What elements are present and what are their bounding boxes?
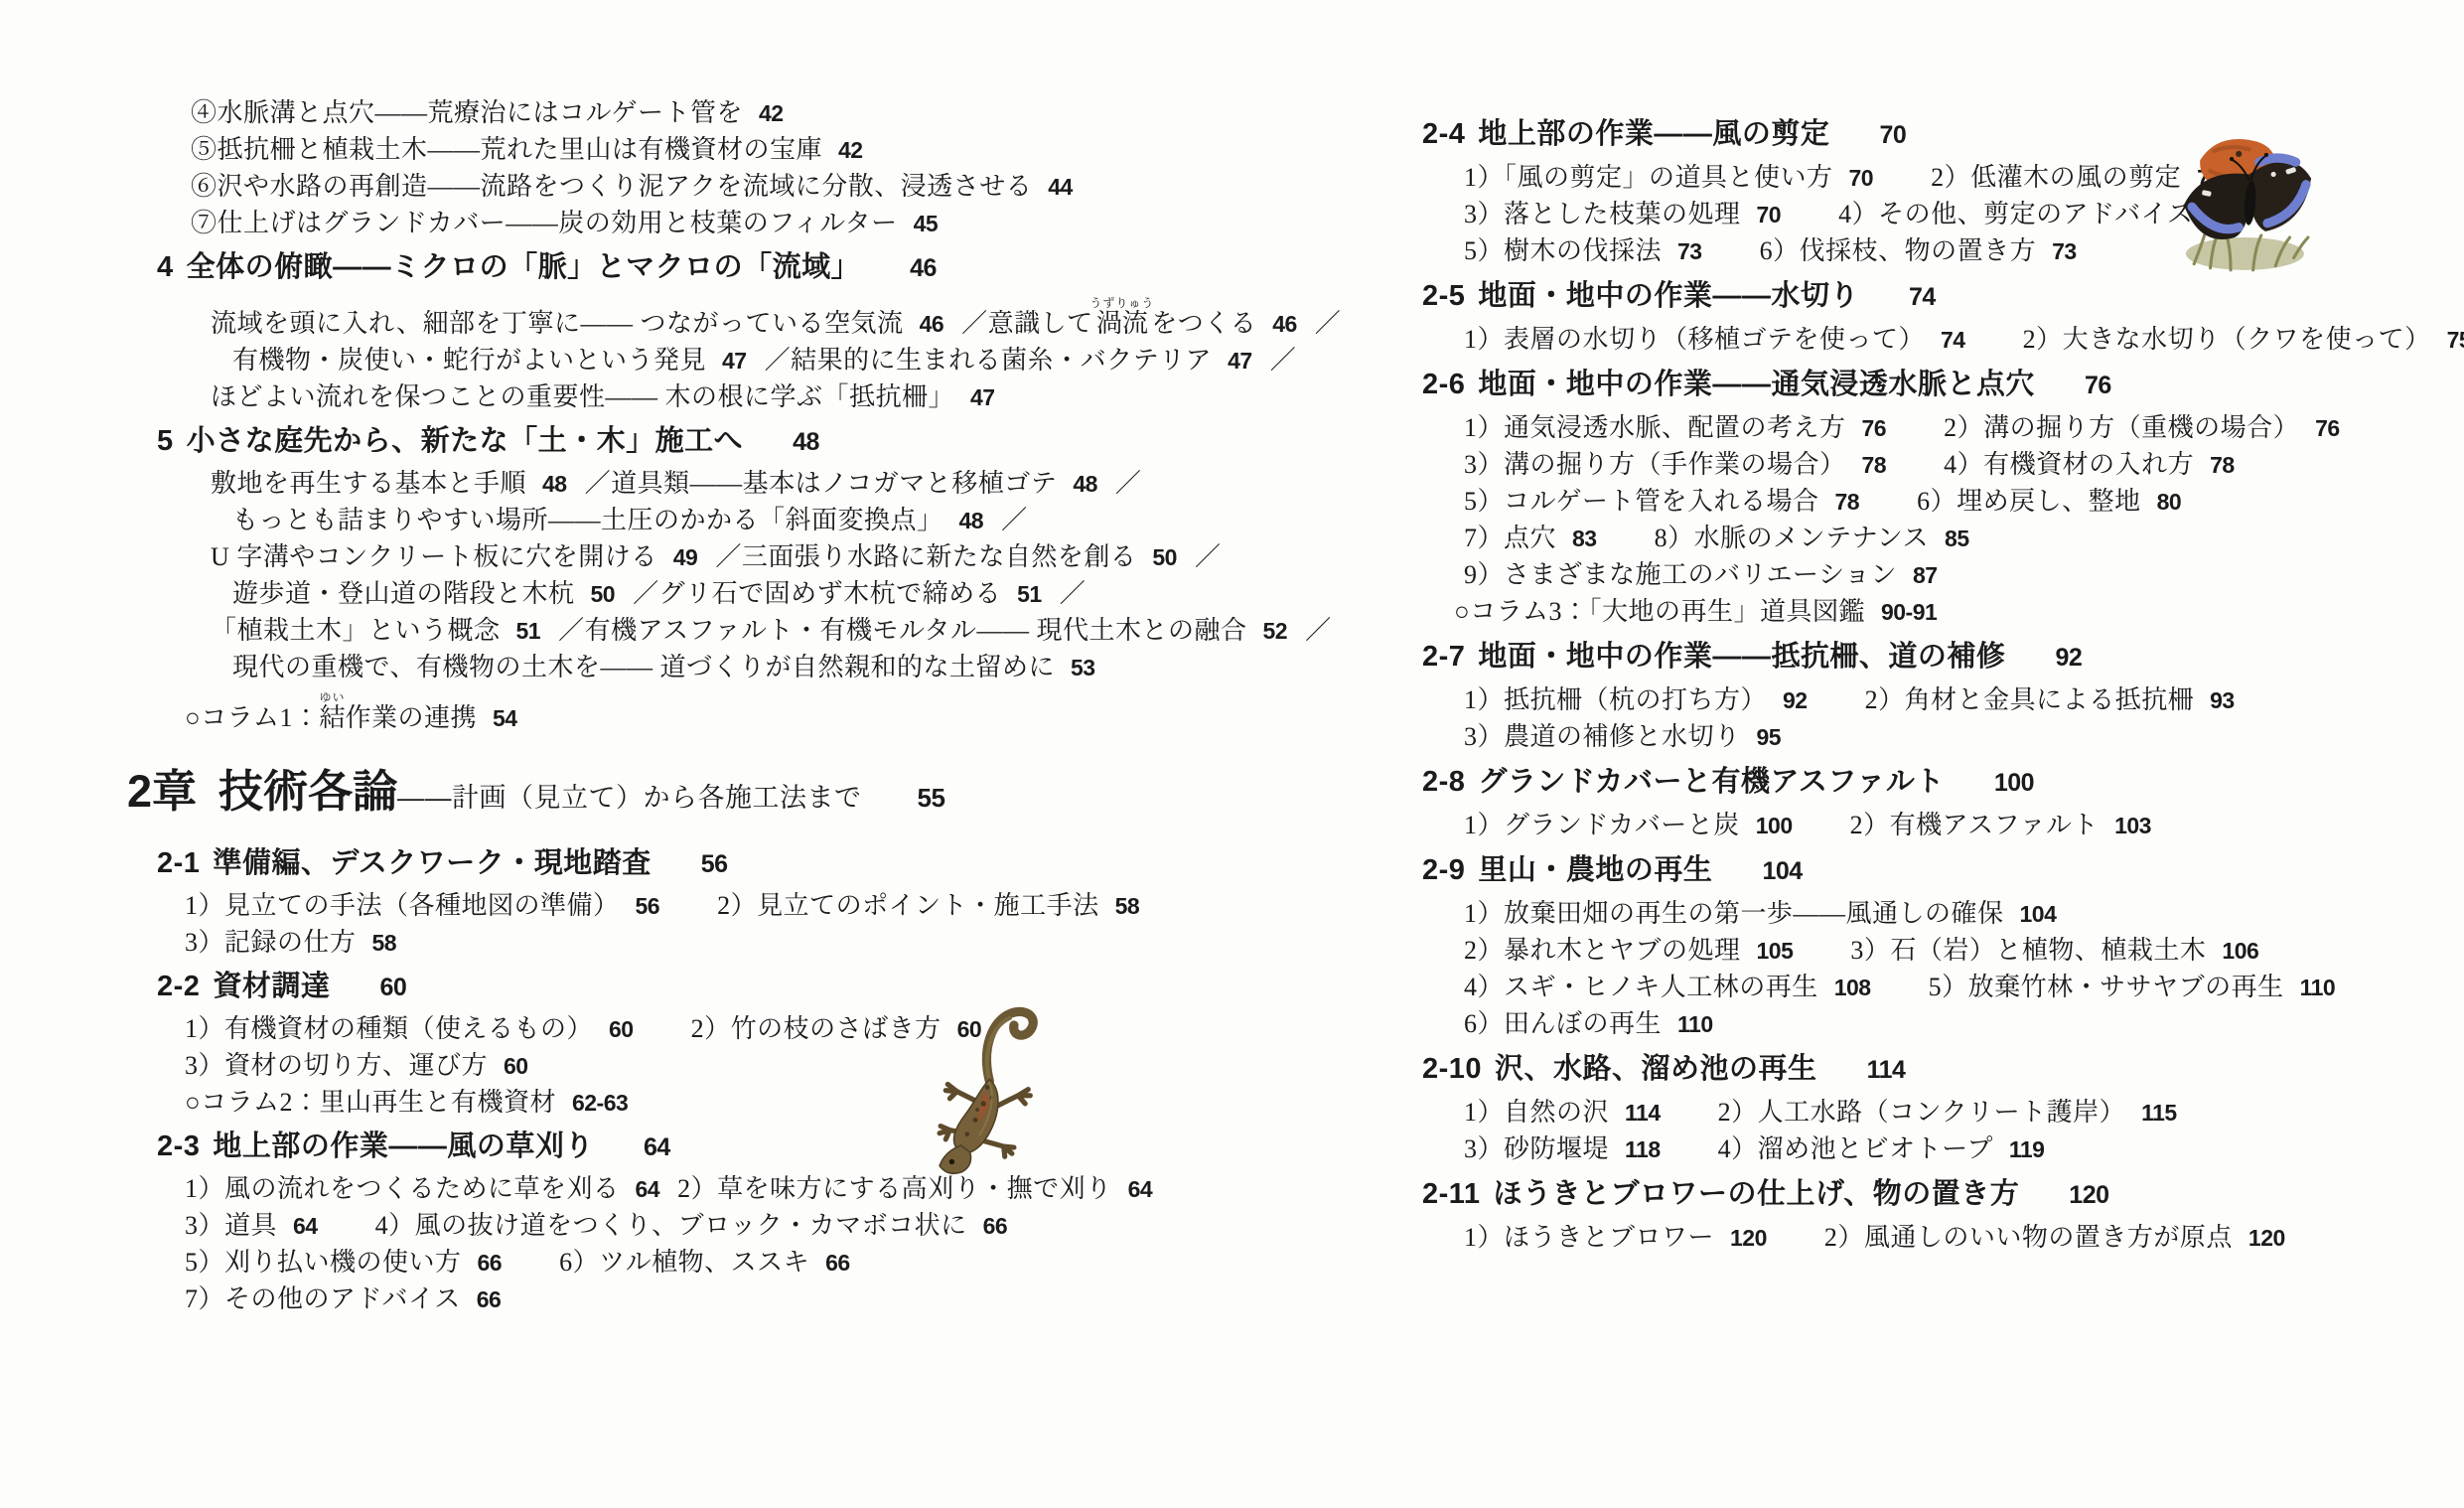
section-title: ほうきとブロワーの仕上げ、物の置き方 bbox=[1493, 1178, 2019, 1210]
entry-text: 4）溜め池とビオトープ bbox=[1718, 1134, 1993, 1163]
right-page-column: 2-4地上部の作業——風の剪定701）「風の剪定」の道具と使い方702）低灌木の… bbox=[1422, 103, 2435, 1261]
toc-entry: 有機物・炭使い・蛇行がよいという発見47／結果的に生まれる菌糸・バクテリア47／ bbox=[232, 347, 1299, 375]
entry-text: U 字溝やコンクリート板に穴を開ける bbox=[211, 542, 657, 571]
page-number: 73 bbox=[2052, 238, 2077, 264]
page-number: 66 bbox=[477, 1286, 502, 1312]
toc-entry: 1）有機資材の種類（使えるもの）602）竹の枝のさばき方60 bbox=[185, 1015, 1299, 1043]
entry-text: 5）刈り払い機の使い方 bbox=[185, 1248, 462, 1277]
entry-text: 2）低灌木の風の剪定 bbox=[1931, 163, 2181, 192]
page-number: 76 bbox=[1862, 415, 1887, 441]
entry-text: 3）砂防堰堤 bbox=[1464, 1134, 1609, 1163]
entry-text: 4）風の抜け道をつくり、ブロック・カマボコ状に bbox=[375, 1211, 967, 1240]
page-number: 55 bbox=[918, 783, 945, 813]
page-number: 80 bbox=[2157, 489, 2182, 515]
toc-entry: 現代の重機で、有機物の土木を—— 道づくりが自然親和的な土留めに53 bbox=[232, 654, 1299, 681]
page-number: 60 bbox=[504, 1053, 528, 1079]
toc-entry: 1）グランドカバーと炭1002）有機アスファルト103 bbox=[1464, 812, 2435, 839]
toc-entry: ⑤抵抗柵と植栽土木——荒れた里山は有機資材の宝庫42 bbox=[191, 136, 1299, 164]
section-title: 地面・地中の作業——水切り bbox=[1478, 280, 1859, 312]
entry-text: 7）点穴 bbox=[1464, 524, 1556, 552]
toc-section-heading: 5小さな庭先から、新たな「土・木」施工へ48 bbox=[157, 425, 1299, 458]
entry-text: ／ bbox=[1195, 542, 1222, 571]
toc-section-heading: 2-5地面・地中の作業——水切り74 bbox=[1422, 280, 2435, 313]
entry-text: 1）放棄田畑の再生の第一歩——風通しの確保 bbox=[1464, 899, 2004, 928]
page-number: 58 bbox=[1115, 893, 1140, 919]
page-number: 93 bbox=[2210, 687, 2235, 713]
toc-section-heading: 2-7地面・地中の作業——抵抗柵、道の補修92 bbox=[1422, 641, 2435, 674]
entry-text: 1）自然の沢 bbox=[1464, 1098, 1609, 1127]
butterfly-illustration bbox=[2171, 115, 2325, 276]
page-number: 64 bbox=[293, 1213, 318, 1239]
entry-text: 2）有機アスファルト bbox=[1850, 811, 2099, 839]
section-title: 地面・地中の作業——抵抗柵、道の補修 bbox=[1478, 641, 2005, 673]
page-number: 48 bbox=[793, 428, 819, 456]
page-number: 73 bbox=[1677, 238, 1702, 264]
entry-text: 1）表層の水切り（移植ゴテを使って） bbox=[1464, 325, 1925, 354]
entry-text: 遊歩道・登山道の階段と木杭 bbox=[232, 579, 575, 608]
page-number: 53 bbox=[1071, 655, 1095, 680]
page-number: 60 bbox=[379, 974, 406, 1001]
toc-entry: 3）溝の掘り方（手作業の場合）784）有機資材の入れ方78 bbox=[1464, 451, 2435, 479]
section-title: 沢、水路、溜め池の再生 bbox=[1495, 1053, 1817, 1085]
section-number: 2-7 bbox=[1422, 641, 1465, 673]
entry-text: 7）その他のアドバイス bbox=[185, 1284, 461, 1313]
page-number: 74 bbox=[1909, 283, 1936, 311]
entry-text: 1）抵抗柵（杭の打ち方） bbox=[1464, 685, 1767, 714]
toc-section-heading: 2-11ほうきとブロワーの仕上げ、物の置き方120 bbox=[1422, 1178, 2435, 1211]
entry-text: 2）人工水路（コンクリート護岸） bbox=[1718, 1098, 2125, 1127]
toc-entry: 7）点穴838）水脈のメンテナンス85 bbox=[1464, 525, 2435, 552]
entry-text: 6）伐採枝、物の置き方 bbox=[1760, 236, 2037, 265]
toc-entry: 9）さまざまな施工のバリエーション87 bbox=[1464, 561, 2435, 589]
section-title: 里山・農地の再生 bbox=[1478, 854, 1712, 886]
toc-entry: 1）通気浸透水脈、配置の考え方762）溝の掘り方（重機の場合）76 bbox=[1464, 414, 2435, 442]
entry-text: ／道具類——基本はノコガマと移植ゴテ bbox=[585, 469, 1058, 498]
page-number: 92 bbox=[1783, 687, 1808, 713]
toc-entry: 3）資材の切り方、運び方60 bbox=[185, 1052, 1299, 1080]
page-number: 66 bbox=[478, 1250, 503, 1276]
page-number: 120 bbox=[2248, 1225, 2285, 1251]
toc-entry: ○コラム2：里山再生と有機資材62-63 bbox=[185, 1089, 1299, 1117]
entry-text: 1）「風の剪定」の道具と使い方 bbox=[1464, 163, 1833, 192]
entry-text: ⑦仕上げはグランドカバー——炭の効用と枝葉のフィルター bbox=[191, 209, 898, 237]
page-number: 62-63 bbox=[572, 1090, 628, 1116]
page-number: 64 bbox=[636, 1176, 660, 1202]
page-number: 51 bbox=[516, 618, 541, 644]
lizard-illustration bbox=[924, 985, 1068, 1184]
entry-text: 1）風の流れをつくるために草を刈る bbox=[185, 1174, 620, 1203]
entry-text: ／結果的に生まれる菌糸・バクテリア bbox=[765, 346, 1213, 375]
toc-chapter-heading: 2章技術各論——計画（見立て）から各施工法まで55 bbox=[127, 766, 1299, 824]
page-number: 70 bbox=[1849, 165, 1874, 191]
page-number: 48 bbox=[542, 471, 567, 497]
ruby-annotated-text: 渦流うずりゅう bbox=[1093, 309, 1152, 338]
section-number: 2-3 bbox=[157, 1131, 200, 1162]
entry-text: 「植栽土木」という概念 bbox=[211, 616, 501, 645]
page-number: 103 bbox=[2114, 813, 2151, 838]
page-number: 48 bbox=[959, 508, 984, 533]
toc-section-heading: 4全体の俯瞰——ミクロの「脈」とマクロの「流域」46 bbox=[157, 251, 1299, 284]
toc-entry: 7）その他のアドバイス66 bbox=[185, 1285, 1299, 1313]
entry-text: 3）落とした枝葉の処理 bbox=[1464, 200, 1741, 228]
entry-text: ○コラム3：「大地の再生」道具図鑑 bbox=[1454, 597, 1865, 626]
toc-entry: 5）刈り払い機の使い方666）ツル植物、ススキ66 bbox=[185, 1249, 1299, 1277]
entry-text: ほどよい流れを保つことの重要性—— 木の根に学ぶ「抵抗柵」 bbox=[211, 382, 954, 411]
toc-entry: もっとも詰まりやすい場所——土圧のかかる「斜面変換点」48／ bbox=[232, 507, 1299, 534]
entry-text: ○コラム2：里山再生と有機資材 bbox=[185, 1088, 556, 1117]
entry-text: 3）石（岩）と植物、植栽土木 bbox=[1850, 936, 2206, 965]
page-number: 76 bbox=[2315, 415, 2340, 441]
lizard-icon bbox=[924, 985, 1068, 1184]
page-number: 118 bbox=[1625, 1136, 1661, 1162]
page-number: 48 bbox=[1073, 471, 1097, 497]
toc-entry: 「植栽土木」という概念51／有機アスファルト・有機モルタル—— 現代土木との融合… bbox=[211, 617, 1299, 645]
entry-text: 流域を頭に入れ、細部を丁寧に—— つながっている空気流 bbox=[211, 309, 904, 338]
page-number: 66 bbox=[825, 1250, 850, 1276]
page-number: 110 bbox=[2300, 975, 2336, 1000]
page-number: 51 bbox=[1017, 581, 1042, 607]
entry-text: 現代の重機で、有機物の土木を—— 道づくりが自然親和的な土留めに bbox=[232, 653, 1055, 681]
toc-entry: 3）記録の仕方58 bbox=[185, 929, 1299, 957]
entry-text: 2）竹の枝のさばき方 bbox=[691, 1014, 942, 1043]
page-number: 60 bbox=[609, 1016, 634, 1042]
toc-entry: ○コラム3：「大地の再生」道具図鑑90-91 bbox=[1454, 598, 2435, 626]
entry-text: 5）樹木の伐採法 bbox=[1464, 236, 1662, 265]
entry-text: 1）ほうきとブロワー bbox=[1464, 1223, 1714, 1252]
entry-text: 5）コルゲート管を入れる場合 bbox=[1464, 487, 1818, 516]
entry-text: 4）その他、剪定のアドバイス bbox=[1838, 200, 2193, 228]
toc-section-heading: 2-1準備編、デスクワーク・現地踏査56 bbox=[157, 847, 1299, 880]
page-number: 85 bbox=[1945, 526, 1969, 551]
section-number: 2-1 bbox=[157, 847, 200, 879]
entry-text: ○コラム1： bbox=[185, 703, 319, 732]
page-number: 64 bbox=[644, 1133, 670, 1161]
entry-text: ／ bbox=[1115, 469, 1142, 498]
entry-text: ／有機アスファルト・有機モルタル—— 現代土木との融合 bbox=[558, 616, 1246, 645]
section-number: 2-11 bbox=[1422, 1178, 1480, 1210]
entry-text: ／意識して bbox=[961, 309, 1093, 338]
page-number: 52 bbox=[1263, 618, 1288, 644]
toc-entry: ④水脈溝と点穴——荒療治にはコルゲート管を42 bbox=[191, 99, 1299, 127]
section-title: 全体の俯瞰——ミクロの「脈」とマクロの「流域」 bbox=[187, 251, 861, 283]
page-number: 44 bbox=[1048, 174, 1073, 200]
page-number: 90-91 bbox=[1881, 599, 1937, 625]
entry-text: 9）さまざまな施工のバリエーション bbox=[1464, 560, 1897, 589]
page-number: 114 bbox=[1867, 1056, 1906, 1084]
entry-text: 3）道具 bbox=[185, 1211, 277, 1240]
toc-entry: 敷地を再生する基本と手順48／道具類——基本はノコガマと移植ゴテ48／ bbox=[211, 470, 1299, 498]
toc-entry: 1）自然の沢1142）人工水路（コンクリート護岸）115 bbox=[1464, 1099, 2435, 1127]
page-number: 45 bbox=[914, 211, 939, 236]
entry-text: 2）大きな水切り（クワを使って） bbox=[2023, 325, 2431, 354]
section-title: 小さな庭先から、新たな「土・木」施工へ bbox=[187, 425, 744, 457]
toc-entry: 1）風の流れをつくるために草を刈る642）草を味方にする高刈り・撫で刈り64 bbox=[185, 1175, 1299, 1203]
page-number: 78 bbox=[2210, 452, 2235, 478]
entry-text: ⑥沢や水路の再創造——流路をつくり泥アクを流域に分散、浸透させる bbox=[191, 172, 1032, 201]
page-number: 114 bbox=[1625, 1100, 1661, 1126]
section-title: 資材調達 bbox=[213, 971, 330, 1002]
toc-section-heading: 2-9里山・農地の再生104 bbox=[1422, 854, 2435, 887]
page-number: 50 bbox=[591, 581, 616, 607]
toc-entry: 1）見立ての手法（各種地図の準備）562）見立てのポイント・施工手法58 bbox=[185, 892, 1299, 920]
toc-section-heading: 2-3地上部の作業——風の草刈り64 bbox=[157, 1131, 1299, 1163]
page-number: 42 bbox=[838, 137, 863, 163]
entry-text: ／ bbox=[1305, 616, 1332, 645]
page-number: 46 bbox=[910, 254, 937, 282]
page-number: 64 bbox=[1128, 1176, 1153, 1202]
entry-text: 1）通気浸透水脈、配置の考え方 bbox=[1464, 413, 1846, 442]
entry-text: 6）田んぼの再生 bbox=[1464, 1009, 1662, 1038]
page-number: 92 bbox=[2055, 644, 2082, 672]
toc-section-heading: 2-6地面・地中の作業——通気浸透水脈と点穴76 bbox=[1422, 369, 2435, 401]
entry-text: 2）風通しのいい物の置き方が原点 bbox=[1824, 1223, 2233, 1252]
entry-text: 4）有機資材の入れ方 bbox=[1944, 450, 2194, 479]
page-number: 74 bbox=[1941, 327, 1965, 353]
entry-text: 3）資材の切り方、運び方 bbox=[185, 1051, 488, 1080]
toc-entry: 3）農道の補修と水切り95 bbox=[1464, 723, 2435, 751]
page-number: 70 bbox=[1757, 202, 1782, 227]
entry-text: 1）見立ての手法（各種地図の準備） bbox=[185, 891, 620, 920]
entry-text: 3）記録の仕方 bbox=[185, 928, 357, 957]
toc-entry: ⑦仕上げはグランドカバー——炭の効用と枝葉のフィルター45 bbox=[191, 210, 1299, 237]
toc-entry: 2）暴れ木とヤブの処理1053）石（岩）と植物、植栽土木106 bbox=[1464, 937, 2435, 965]
page-number: 108 bbox=[1834, 975, 1871, 1000]
entry-text: 4）スギ・ヒノキ人工林の再生 bbox=[1464, 973, 1818, 1001]
entry-text: ／三面張り水路に新たな自然を創る bbox=[715, 542, 1136, 571]
entry-text: 8）水脈のメンテナンス bbox=[1655, 524, 1929, 552]
page-number: 120 bbox=[2069, 1181, 2108, 1209]
toc-entry: 1）放棄田畑の再生の第一歩——風通しの確保104 bbox=[1464, 900, 2435, 928]
entry-text: ／グリ石で固めず木杭で締める bbox=[633, 579, 1001, 608]
entry-text: ／ bbox=[1315, 309, 1342, 338]
book-toc-spread: ④水脈溝と点穴——荒療治にはコルゲート管を42⑤抵抗柵と植栽土木——荒れた里山は… bbox=[0, 0, 2464, 1508]
entry-text: 3）溝の掘り方（手作業の場合） bbox=[1464, 450, 1846, 479]
toc-entry: 1）抵抗柵（杭の打ち方）922）角材と金具による抵抗柵93 bbox=[1464, 686, 2435, 714]
section-title: グランドカバーと有機アスファルト bbox=[1478, 766, 1944, 798]
page-number: 46 bbox=[920, 311, 944, 337]
section-title: 地上部の作業——風の草刈り bbox=[213, 1131, 594, 1162]
entry-text: 1）有機資材の種類（使えるもの） bbox=[185, 1014, 593, 1043]
entry-text: ／ bbox=[1060, 579, 1087, 608]
entry-text: 2）暴れ木とヤブの処理 bbox=[1464, 936, 1741, 965]
entry-text: 1）グランドカバーと炭 bbox=[1464, 811, 1740, 839]
toc-entry: ⑥沢や水路の再創造——流路をつくり泥アクを流域に分散、浸透させる44 bbox=[191, 173, 1299, 201]
toc-entry: U 字溝やコンクリート板に穴を開ける49／三面張り水路に新たな自然を創る50／ bbox=[211, 543, 1299, 571]
entry-text: ／ bbox=[1001, 506, 1028, 534]
section-number: 2-10 bbox=[1422, 1053, 1482, 1085]
toc-section-heading: 2-10沢、水路、溜め池の再生114 bbox=[1422, 1053, 2435, 1086]
toc-entry: 4）スギ・ヒノキ人工林の再生1085）放棄竹林・ササヤブの再生110 bbox=[1464, 974, 2435, 1001]
page-number: 104 bbox=[2020, 901, 2057, 927]
section-title: 準備編、デスクワーク・現地踏査 bbox=[213, 847, 651, 879]
toc-entry: ○コラム1：結ゆい作業の連携54 bbox=[185, 690, 1299, 732]
toc-section-heading: 2-8グランドカバーと有機アスファルト100 bbox=[1422, 766, 2435, 799]
entry-text: もっとも詰まりやすい場所——土圧のかかる「斜面変換点」 bbox=[232, 506, 943, 534]
page-number: 100 bbox=[1756, 813, 1793, 838]
section-number: 2-2 bbox=[157, 971, 200, 1002]
page-number: 47 bbox=[1228, 348, 1252, 374]
chapter-number: 2章 bbox=[127, 766, 197, 817]
left-page-column: ④水脈溝と点穴——荒療治にはコルゲート管を42⑤抵抗柵と植栽土木——荒れた里山は… bbox=[127, 99, 1299, 1322]
page-number: 49 bbox=[673, 544, 698, 570]
section-title: 地面・地中の作業——通気浸透水脈と点穴 bbox=[1478, 369, 2035, 400]
entry-text: 5）放棄竹林・ササヤブの再生 bbox=[1929, 973, 2284, 1001]
page-number: 47 bbox=[970, 384, 995, 410]
toc-section-heading: 2-2資材調達60 bbox=[157, 971, 1299, 1003]
page-number: 56 bbox=[636, 893, 660, 919]
page-number: 110 bbox=[1677, 1011, 1713, 1037]
page-number: 100 bbox=[1994, 769, 2034, 797]
entry-text: 2）角材と金具による抵抗柵 bbox=[1865, 685, 2195, 714]
page-number: 46 bbox=[1272, 311, 1297, 337]
page-number: 120 bbox=[1730, 1225, 1767, 1251]
toc-entry: 3）砂防堰堤1184）溜め池とビオトープ119 bbox=[1464, 1135, 2435, 1163]
toc-entry: 流域を頭に入れ、細部を丁寧に—— つながっている空気流46／意識して渦流うずりゅ… bbox=[211, 296, 1299, 338]
entry-text: 3）農道の補修と水切り bbox=[1464, 722, 1741, 751]
toc-entry: 1）ほうきとブロワー1202）風通しのいい物の置き方が原点120 bbox=[1464, 1224, 2435, 1252]
page-number: 70 bbox=[1879, 121, 1906, 149]
entry-text: ④水脈溝と点穴——荒療治にはコルゲート管を bbox=[191, 98, 743, 127]
ruby-annotated-text: 結ゆい bbox=[319, 703, 345, 732]
entry-text: 有機物・炭使い・蛇行がよいという発見 bbox=[232, 346, 706, 375]
page-number: 58 bbox=[372, 930, 397, 956]
page-number: 119 bbox=[2009, 1136, 2045, 1162]
section-number: 2-4 bbox=[1422, 118, 1465, 150]
entry-text: ／ bbox=[1270, 346, 1297, 375]
page-number: 54 bbox=[493, 705, 517, 731]
page-number: 83 bbox=[1572, 526, 1597, 551]
page-number: 105 bbox=[1757, 938, 1794, 964]
page-number: 95 bbox=[1757, 724, 1782, 750]
entry-text: をつくる bbox=[1151, 309, 1256, 338]
toc-entry: 6）田んぼの再生110 bbox=[1464, 1010, 2435, 1038]
section-number: 2-5 bbox=[1422, 280, 1465, 312]
page-number: 78 bbox=[1862, 452, 1887, 478]
toc-entry: 5）コルゲート管を入れる場合786）埋め戻し、整地80 bbox=[1464, 488, 2435, 516]
page-number: 66 bbox=[983, 1213, 1008, 1239]
entry-text: 作業の連携 bbox=[345, 703, 477, 732]
section-number: 4 bbox=[157, 251, 174, 283]
toc-entry: ほどよい流れを保つことの重要性—— 木の根に学ぶ「抵抗柵」47 bbox=[211, 383, 1299, 411]
chapter-subtitle: ——計画（見立て）から各施工法まで bbox=[397, 783, 862, 813]
section-number: 2-6 bbox=[1422, 369, 1465, 400]
page-number: 42 bbox=[759, 100, 784, 126]
section-number: 2-9 bbox=[1422, 854, 1465, 886]
page-number: 47 bbox=[722, 348, 747, 374]
entry-text: 6）ツル植物、ススキ bbox=[559, 1248, 809, 1277]
section-number: 2-8 bbox=[1422, 766, 1465, 798]
section-number: 5 bbox=[157, 425, 174, 457]
page-number: 56 bbox=[701, 850, 728, 878]
page-number: 106 bbox=[2222, 938, 2258, 964]
toc-entry: 1）表層の水切り（移植ゴテを使って）742）大きな水切り（クワを使って）75 bbox=[1464, 326, 2435, 354]
section-title: 地上部の作業——風の剪定 bbox=[1478, 118, 1829, 150]
entry-text: 2）溝の掘り方（重機の場合） bbox=[1944, 413, 2299, 442]
page-number: 76 bbox=[2085, 372, 2111, 399]
toc-entry: 3）道具644）風の抜け道をつくり、ブロック・カマボコ状に66 bbox=[185, 1212, 1299, 1240]
page-number: 104 bbox=[1762, 857, 1802, 885]
chapter-title: 技術各論 bbox=[218, 766, 397, 817]
page-number: 50 bbox=[1152, 544, 1177, 570]
entry-text: 2）見立てのポイント・施工手法 bbox=[717, 891, 1099, 920]
butterfly-icon bbox=[2171, 115, 2325, 276]
toc-entry: 遊歩道・登山道の階段と木杭50／グリ石で固めず木杭で締める51／ bbox=[232, 580, 1299, 608]
page-number: 115 bbox=[2141, 1100, 2177, 1126]
page-number: 87 bbox=[1913, 562, 1938, 588]
page-number: 75 bbox=[2447, 327, 2464, 353]
entry-text: ⑤抵抗柵と植栽土木——荒れた里山は有機資材の宝庫 bbox=[191, 135, 822, 164]
entry-text: 敷地を再生する基本と手順 bbox=[211, 469, 526, 498]
page-number: 78 bbox=[1834, 489, 1859, 515]
entry-text: 6）埋め戻し、整地 bbox=[1917, 487, 2141, 516]
